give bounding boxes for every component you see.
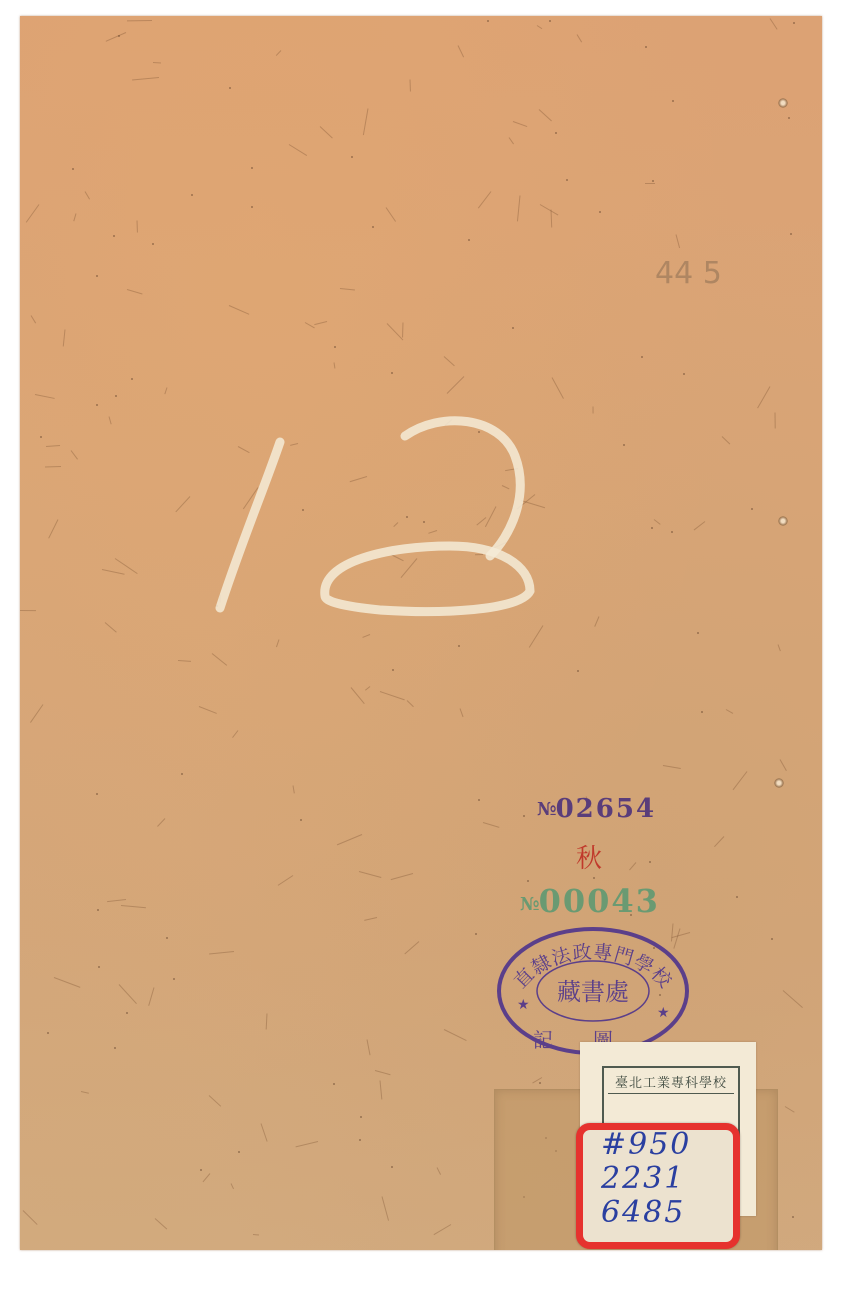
call-number-sticker: #950 2231 6485	[576, 1123, 740, 1249]
library-seal: 直隸法政專門學校 藏書處 ★ ★ 記圖	[493, 921, 693, 1061]
svg-text:★: ★	[517, 997, 530, 1013]
svg-text:★: ★	[657, 1005, 670, 1021]
accession-number-green: №00043	[520, 882, 660, 920]
label-rule	[608, 1093, 734, 1094]
label-institution: 臺北工業專科學校	[606, 1072, 736, 1091]
season-mark: 秋	[576, 838, 602, 875]
call-number: #950 2231 6485	[601, 1128, 691, 1230]
seal-center-text: 藏書處	[557, 978, 629, 1006]
accession-number-purple: №02654	[537, 794, 656, 824]
document-page: 44 5 №02654 秋 №00043 直隸法政專門學校 藏書處 ★ ★ 記圖…	[20, 16, 822, 1250]
